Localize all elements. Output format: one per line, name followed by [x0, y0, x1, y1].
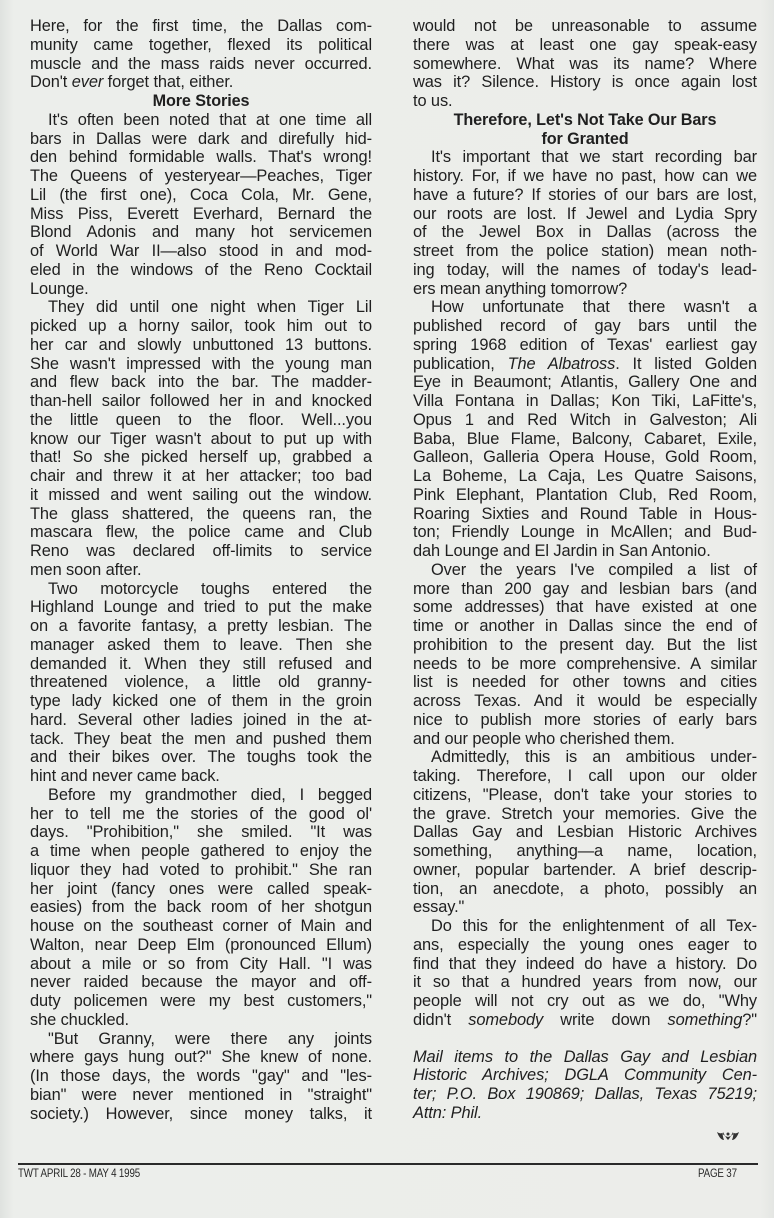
- text-line: demanded it. When they still refused and: [30, 655, 372, 674]
- text-line: essay.": [413, 898, 757, 917]
- paragraph: It's often been noted that at one time a…: [30, 111, 372, 299]
- text-line: duty policemen were my best customers,": [30, 992, 372, 1011]
- text-line: to us.: [413, 92, 757, 111]
- text-line: her car and slowly unbuttoned 13 buttons…: [30, 336, 372, 355]
- section-heading-more-stories: More Stories: [30, 92, 372, 111]
- emphasis-text: ever: [72, 73, 104, 91]
- text-line: "But Granny, were there any joints: [30, 1030, 372, 1049]
- text-line: of the Jewel Box in Dallas (across the: [413, 223, 757, 242]
- text-line: publication, The Albatross. It listed Go…: [413, 355, 757, 374]
- section-heading-bars-line2: for Granted: [413, 130, 757, 149]
- paragraph: Over the years I've compiled a list of m…: [413, 561, 757, 749]
- text-line: the grave. Stretch your memories. Give t…: [413, 805, 757, 824]
- text-line: Lil (the first one), Coca Cola, Mr. Gene…: [30, 186, 372, 205]
- text-line: Blond Adonis and many hot servicemen: [30, 223, 372, 242]
- text-line: Reno was declared off-limits to service: [30, 542, 372, 561]
- text-run: Don't: [30, 73, 72, 91]
- text-line: bars in Dallas were dark and direfully h…: [30, 130, 372, 149]
- crown-end-mark-icon: [716, 1130, 740, 1142]
- text-line: ton; Friendly Lounge in McAllen; and Bud…: [413, 523, 757, 542]
- text-line: Over the years I've compiled a list of: [413, 561, 757, 580]
- text-line: that! So she picked herself up, grabbed …: [30, 448, 372, 467]
- text-line: La Boheme, La Caja, Les Quatre Saisons,: [413, 467, 757, 486]
- text-line: our roots are lost. If Jewel and Lydia S…: [413, 205, 757, 224]
- text-line: Walton, near Deep Elm (pronounced Ellum): [30, 936, 372, 955]
- paragraph: How unfortunate that there wasn't a publ…: [413, 298, 757, 561]
- text-line: Lounge.: [30, 280, 372, 299]
- text-line: it so that a hundred years from now, our: [413, 973, 757, 992]
- text-line: eled in the windows of the Reno Cocktail: [30, 261, 372, 280]
- text-line: muscle and the mass raids never occurred…: [30, 55, 372, 74]
- text-line: Dallas Gay and Lesbian Historic Archives: [413, 823, 757, 842]
- text-line: some addresses) that have existed at one: [413, 598, 757, 617]
- text-line: The Queens of yesteryear—Peaches, Tiger: [30, 167, 372, 186]
- text-line: published record of gay bars until the: [413, 317, 757, 336]
- text-line: hard. Several other ladies joined in the…: [30, 711, 372, 730]
- text-line: Admittedly, this is an ambitious under-: [413, 748, 757, 767]
- paragraph: Do this for the enlightenment of all Tex…: [413, 917, 757, 1030]
- paragraph: Before my grandmother died, I begged her…: [30, 786, 372, 1030]
- text-line: dah Lounge and El Jardin in San Antonio.: [413, 542, 757, 561]
- text-line: Before my grandmother died, I begged: [30, 786, 372, 805]
- text-line: Opus 1 and Red Witch in Galveston; Ali: [413, 411, 757, 430]
- text-line: She wasn't impressed with the young man: [30, 355, 372, 374]
- text-line: a time when people gathered to enjoy the: [30, 842, 372, 861]
- paragraph: would not be unreasonable to assume ther…: [413, 17, 757, 111]
- text-line: more than 200 gay and lesbian bars (and: [413, 580, 757, 599]
- text-line: the little queen to the floor. Well...yo…: [30, 411, 372, 430]
- text-line: Highland Lounge and tried to put the mak…: [30, 598, 372, 617]
- text-line: The glass shattered, the queens ran, the: [30, 505, 372, 524]
- right-column: would not be unreasonable to assume ther…: [413, 17, 757, 1123]
- text-line: time or another in Dallas since the end …: [413, 617, 757, 636]
- text-line: Baba, Blue Flame, Balcony, Cabaret, Exil…: [413, 430, 757, 449]
- text-line: and flew back into the bar. The madder-: [30, 373, 372, 392]
- paragraph: They did until one night when Tiger Lil …: [30, 298, 372, 579]
- text-line: her to tell me the stories of the good o…: [30, 805, 372, 824]
- text-line: Villa Fontana in Dallas; Kon Tiki, LaFit…: [413, 392, 757, 411]
- text-line: type lady kicked one of them in the groi…: [30, 692, 372, 711]
- text-line: easies) from the back room of her shotgu…: [30, 898, 372, 917]
- text-line: tion, an anecdote, a photo, possibly an: [413, 880, 757, 899]
- text-line: manager asked them to leave. Then she: [30, 636, 372, 655]
- text-line: Attn: Phil.: [413, 1104, 757, 1123]
- text-run: . It listed Golden: [615, 355, 757, 373]
- text-line: society.) However, since money talks, it: [30, 1105, 372, 1124]
- text-line: Pink Elephant, Plantation Club, Red Room…: [413, 486, 757, 505]
- section-heading-bars-line1: Therefore, Let's Not Take Our Bars: [413, 111, 757, 130]
- mailing-address-note: Mail items to the Dallas Gay and Lesbian…: [413, 1048, 757, 1123]
- text-line: needs to be more comprehensive. A simila…: [413, 655, 757, 674]
- text-line: It's important that we start recording b…: [413, 148, 757, 167]
- text-line: threatened violence, a little old granny…: [30, 673, 372, 692]
- text-line: on a favorite fantasy, a pretty lesbian.…: [30, 617, 372, 636]
- text-line: and their bikes over. The toughs took th…: [30, 748, 372, 767]
- text-line: Mail items to the Dallas Gay and Lesbian: [413, 1048, 757, 1067]
- text-line: Roaring Sixties and Round Table in Hous-: [413, 505, 757, 524]
- text-line: prohibition to the present day. But the …: [413, 636, 757, 655]
- text-line: than-hell sailor followed her in and kno…: [30, 392, 372, 411]
- text-line: citizens, "Please, don't take your stori…: [413, 786, 757, 805]
- text-run: didn't: [413, 1011, 468, 1029]
- text-line: It's often been noted that at one time a…: [30, 111, 372, 130]
- paragraph: Admittedly, this is an ambitious under- …: [413, 748, 757, 917]
- text-line: of World War II—also stood in and mod-: [30, 242, 372, 261]
- text-run: publication,: [413, 355, 508, 373]
- text-line: would not be unreasonable to assume: [413, 17, 757, 36]
- text-line: know our Tiger wasn't about to put up wi…: [30, 430, 372, 449]
- paragraph: "But Granny, were there any joints where…: [30, 1030, 372, 1124]
- paragraph: Here, for the first time, the Dallas com…: [30, 17, 372, 92]
- text-line: liquor they had voted to prohibit." She …: [30, 861, 372, 880]
- emphasis-text: something: [668, 1011, 743, 1029]
- text-line: there was at least one gay speak-easy: [413, 36, 757, 55]
- text-run: ?": [742, 1011, 757, 1029]
- paragraph: It's important that we start recording b…: [413, 148, 757, 298]
- text-line: something, anything—a name, location,: [413, 842, 757, 861]
- text-line: across Texas. And it would be especially: [413, 692, 757, 711]
- text-line: Eye in Beaumont; Atlantis, Gallery One a…: [413, 373, 757, 392]
- text-line: Here, for the first time, the Dallas com…: [30, 17, 372, 36]
- text-line: people will not cry out as we do, "Why: [413, 992, 757, 1011]
- text-line: Two motorcycle toughs entered the: [30, 580, 372, 599]
- text-line: ers mean anything tomorrow?: [413, 280, 757, 299]
- text-line: she chuckled.: [30, 1011, 372, 1030]
- text-line: munity came together, flexed its politic…: [30, 36, 372, 55]
- text-line: and our people who cherished them.: [413, 730, 757, 749]
- text-line: ans, especially the young ones eager to: [413, 936, 757, 955]
- text-line: Galleon, Galleria Opera House, Gold Room…: [413, 448, 757, 467]
- text-line: bian" were never mentioned in "straight": [30, 1086, 372, 1105]
- spacer: [413, 1030, 757, 1048]
- text-line: street from the police station) mean not…: [413, 242, 757, 261]
- text-line: How unfortunate that there wasn't a: [413, 298, 757, 317]
- text-line: list is needed for other towns and citie…: [413, 673, 757, 692]
- publication-title: The Albatross: [508, 355, 616, 373]
- text-line: Do this for the enlightenment of all Tex…: [413, 917, 757, 936]
- text-line: (In those days, the words "gay" and "les…: [30, 1067, 372, 1086]
- text-line: find that they indeed do have a history.…: [413, 955, 757, 974]
- page-number: PAGE 37: [698, 1168, 737, 1180]
- text-line: chair and threw it at her attacker; too …: [30, 467, 372, 486]
- text-line: spring 1968 edition of Texas' earliest g…: [413, 336, 757, 355]
- text-line: nice to publish more stories of early ba…: [413, 711, 757, 730]
- text-line: her joint (fancy ones were called speak-: [30, 880, 372, 899]
- text-run: write down: [543, 1011, 667, 1029]
- text-line: tack. They beat the men and pushed them: [30, 730, 372, 749]
- text-line: hint and never came back.: [30, 767, 372, 786]
- text-line: it missed and went sailing out the windo…: [30, 486, 372, 505]
- text-line: ter; P.O. Box 190869; Dallas, Texas 7521…: [413, 1085, 757, 1104]
- text-line: mascara flew, the police came and Club: [30, 523, 372, 542]
- text-line: den behind formidable walls. That's wron…: [30, 148, 372, 167]
- text-line: somewhere. What was its name? Where: [413, 55, 757, 74]
- text-line: Miss Piss, Everett Everhard, Bernard the: [30, 205, 372, 224]
- text-line: days. "Prohibition," she smiled. "It was: [30, 823, 372, 842]
- text-line: house on the southeast corner of Main an…: [30, 917, 372, 936]
- text-line: owner, popular bartender. A brief descri…: [413, 861, 757, 880]
- left-column: Here, for the first time, the Dallas com…: [30, 17, 372, 1123]
- text-line: Don't ever forget that, either.: [30, 73, 372, 92]
- emphasis-text: somebody: [468, 1011, 543, 1029]
- text-line: about a mile or so from City Hall. "I wa…: [30, 955, 372, 974]
- text-line: where gays hung out?" She knew of none.: [30, 1048, 372, 1067]
- text-line: never raided because the mayor and off-: [30, 973, 372, 992]
- text-line: men soon after.: [30, 561, 372, 580]
- text-line: have a future? If stories of our bars ar…: [413, 186, 757, 205]
- text-line: They did until one night when Tiger Lil: [30, 298, 372, 317]
- text-line: picked up a horny sailor, took him out t…: [30, 317, 372, 336]
- footer-rule: [18, 1163, 758, 1165]
- text-line: was it? Silence. History is once again l…: [413, 73, 757, 92]
- text-line: Historic Archives; DGLA Community Cen-: [413, 1066, 757, 1085]
- text-line: history. For, if we have no past, how ca…: [413, 167, 757, 186]
- publication-date: TWT APRIL 28 - MAY 4 1995: [18, 1168, 140, 1180]
- text-run: forget that, either.: [103, 73, 233, 91]
- text-line: didn't somebody write down something?": [413, 1011, 757, 1030]
- paragraph: Two motorcycle toughs entered the Highla…: [30, 580, 372, 786]
- text-line: taking. Therefore, I call upon our older: [413, 767, 757, 786]
- text-line: ing today, will the names of today's lea…: [413, 261, 757, 280]
